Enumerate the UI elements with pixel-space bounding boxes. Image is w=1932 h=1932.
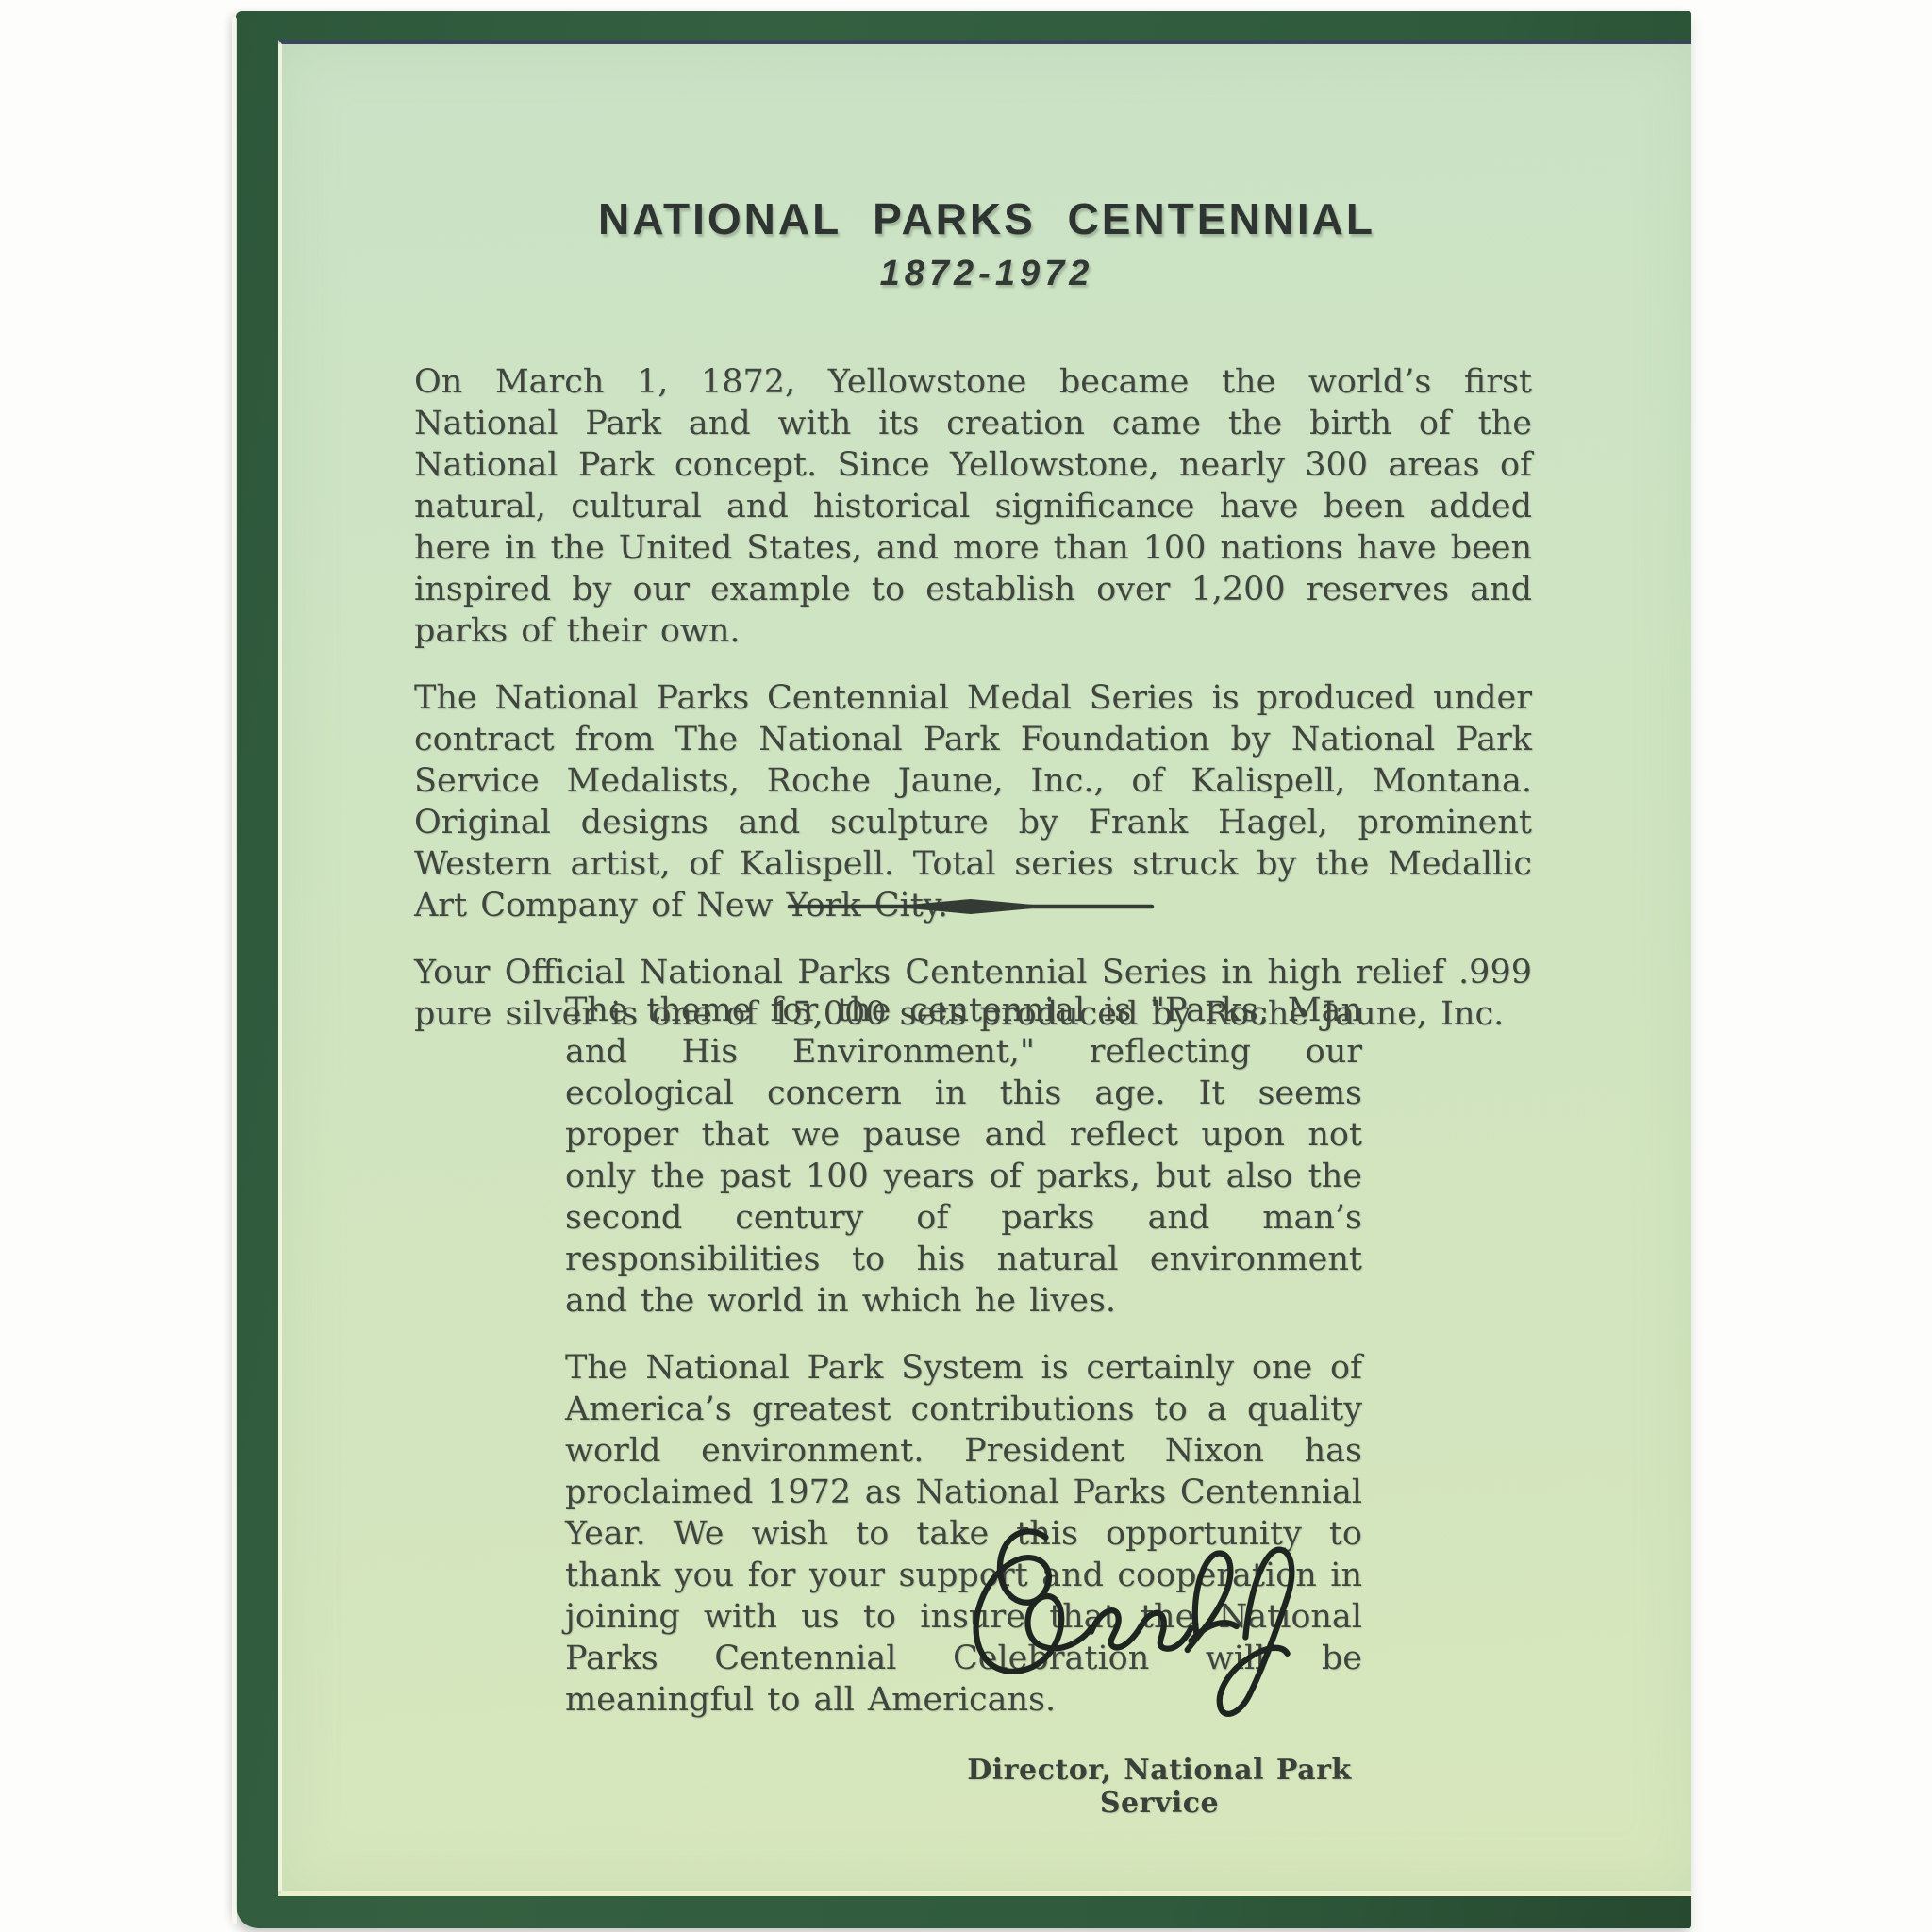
intro-section: On March 1, 1872, Yellowstone became the… [414, 361, 1532, 1060]
booklet-page: NATIONAL PARKS CENTENNIAL 1872-1972 On M… [278, 40, 1691, 1896]
page-subtitle: 1872-1972 [282, 254, 1691, 294]
signature-caption: Director, National Park Service [942, 1754, 1376, 1820]
signature-icon [952, 1503, 1310, 1748]
signature-block: Director, National Park Service [942, 1503, 1376, 1820]
page-title: NATIONAL PARKS CENTENNIAL [282, 193, 1691, 244]
photo-background: NATIONAL PARKS CENTENNIAL 1872-1972 On M… [0, 0, 1932, 1932]
theme-paragraph-1: The theme for the centennial is "Parks, … [565, 990, 1362, 1322]
booklet-cover: NATIONAL PARKS CENTENNIAL 1872-1972 On M… [236, 11, 1691, 1928]
intro-paragraph-2: The National Parks Centennial Medal Seri… [414, 677, 1532, 926]
divider-ornament-icon [782, 897, 1159, 916]
intro-paragraph-1: On March 1, 1872, Yellowstone became the… [414, 361, 1532, 652]
